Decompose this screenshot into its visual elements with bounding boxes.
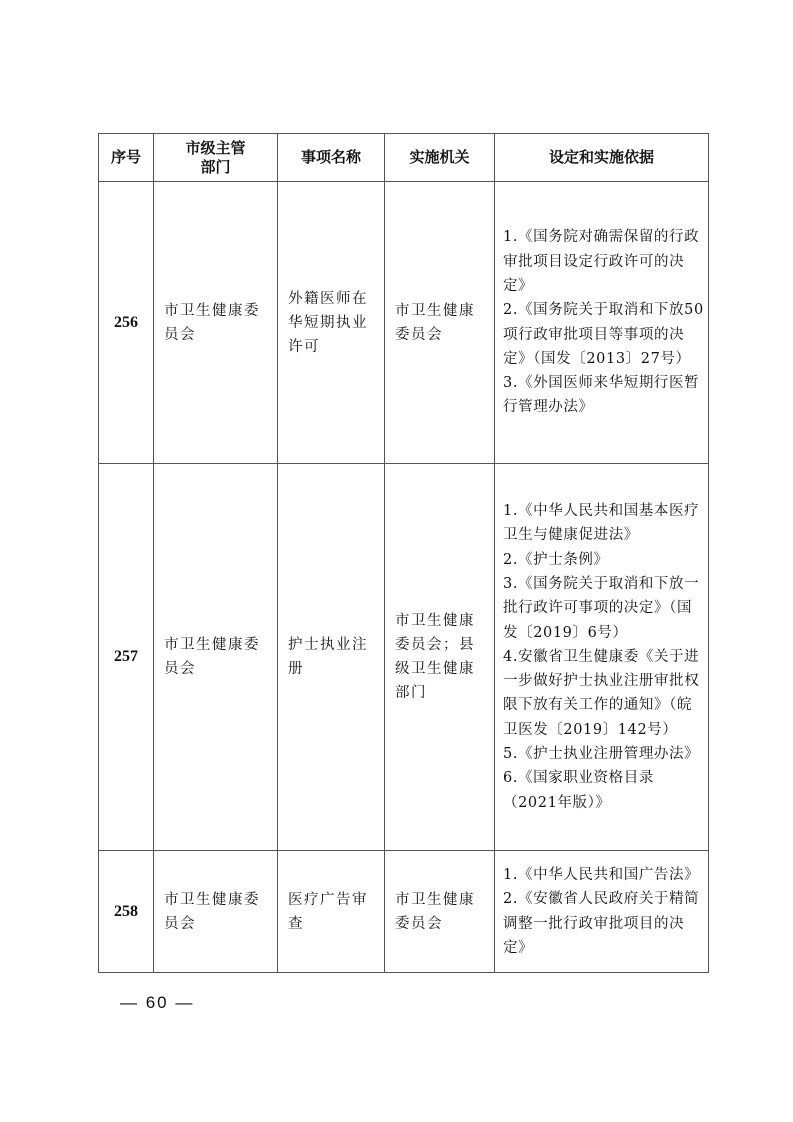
- header-item: 事项名称: [278, 134, 385, 182]
- table-header-row: 序号 市级主管部门 事项名称 实施机关 设定和实施依据: [99, 134, 709, 182]
- header-dept: 市级主管部门: [154, 134, 278, 182]
- dept-text: 市卫生健康委员会: [154, 633, 277, 681]
- page-number: — 60 —: [120, 993, 194, 1013]
- approval-items-table: 序号 市级主管部门 事项名称 实施机关 设定和实施依据 256 市卫生健康委员会…: [98, 133, 709, 973]
- basis-line: 1.《中华人民共和国广告法》: [503, 863, 704, 887]
- dept-cell: 市卫生健康委员会: [154, 182, 278, 464]
- item-text: 护士执业注册: [278, 633, 384, 681]
- dept-text: 市卫生健康委员会: [154, 299, 277, 347]
- basis-cell: 1.《国务院对确需保留的行政审批项目设定行政许可的决定》 2.《国务院关于取消和…: [495, 182, 709, 464]
- org-text: 市卫生健康委员会: [385, 299, 494, 347]
- item-cell: 外籍医师在华短期执业许可: [278, 182, 385, 464]
- basis-line: 1.《国务院对确需保留的行政审批项目设定行政许可的决定》: [503, 225, 704, 298]
- table-row: 256 市卫生健康委员会 外籍医师在华短期执业许可 市卫生健康委员会 1.《国务…: [99, 182, 709, 464]
- basis-cell: 1.《中华人民共和国基本医疗卫生与健康促进法》 2.《护士条例》 3.《国务院关…: [495, 464, 709, 851]
- row-number: 257: [99, 464, 154, 851]
- org-text: 市卫生健康委员会: [385, 888, 494, 936]
- basis-line: 2.《安徽省人民政府关于精简调整一批行政审批项目的决定》: [503, 887, 704, 960]
- item-text: 外籍医师在华短期执业许可: [278, 287, 384, 359]
- basis-cell: 1.《中华人民共和国广告法》 2.《安徽省人民政府关于精简调整一批行政审批项目的…: [495, 851, 709, 973]
- org-cell: 市卫生健康委员会；县级卫生健康部门: [385, 464, 495, 851]
- org-cell: 市卫生健康委员会: [385, 182, 495, 464]
- table-row: 258 市卫生健康委员会 医疗广告审查 市卫生健康委员会 1.《中华人民共和国广…: [99, 851, 709, 973]
- header-basis: 设定和实施依据: [495, 134, 709, 182]
- basis-line: 2.《护士条例》: [503, 548, 704, 572]
- header-no: 序号: [99, 134, 154, 182]
- item-cell: 护士执业注册: [278, 464, 385, 851]
- dept-cell: 市卫生健康委员会: [154, 851, 278, 973]
- basis-line: 1.《中华人民共和国基本医疗卫生与健康促进法》: [503, 499, 704, 548]
- table-row: 257 市卫生健康委员会 护士执业注册 市卫生健康委员会；县级卫生健康部门 1.…: [99, 464, 709, 851]
- header-dept-label: 市级主管部门: [184, 139, 248, 177]
- basis-line: 3.《外国医师来华短期行医暂行管理办法》: [503, 371, 704, 420]
- basis-line: 6.《国家职业资格目录（2021年版）》: [503, 766, 704, 815]
- item-cell: 医疗广告审查: [278, 851, 385, 973]
- dept-text: 市卫生健康委员会: [154, 888, 277, 936]
- row-number: 258: [99, 851, 154, 973]
- basis-line: 2.《国务院关于取消和下放50项行政审批项目等事项的决定》（国发〔2013〕27…: [503, 298, 704, 371]
- basis-line: 4.安徽省卫生健康委《关于进一步做好护士执业注册审批权限下放有关工作的通知》（皖…: [503, 645, 704, 742]
- header-org: 实施机关: [385, 134, 495, 182]
- basis-line: 5.《护士执业注册管理办法》: [503, 742, 704, 766]
- basis-line: 3.《国务院关于取消和下放一批行政许可事项的决定》（国发〔2019〕6号）: [503, 572, 704, 645]
- dept-cell: 市卫生健康委员会: [154, 464, 278, 851]
- org-text: 市卫生健康委员会；县级卫生健康部门: [385, 609, 494, 705]
- org-cell: 市卫生健康委员会: [385, 851, 495, 973]
- row-number: 256: [99, 182, 154, 464]
- item-text: 医疗广告审查: [278, 888, 384, 936]
